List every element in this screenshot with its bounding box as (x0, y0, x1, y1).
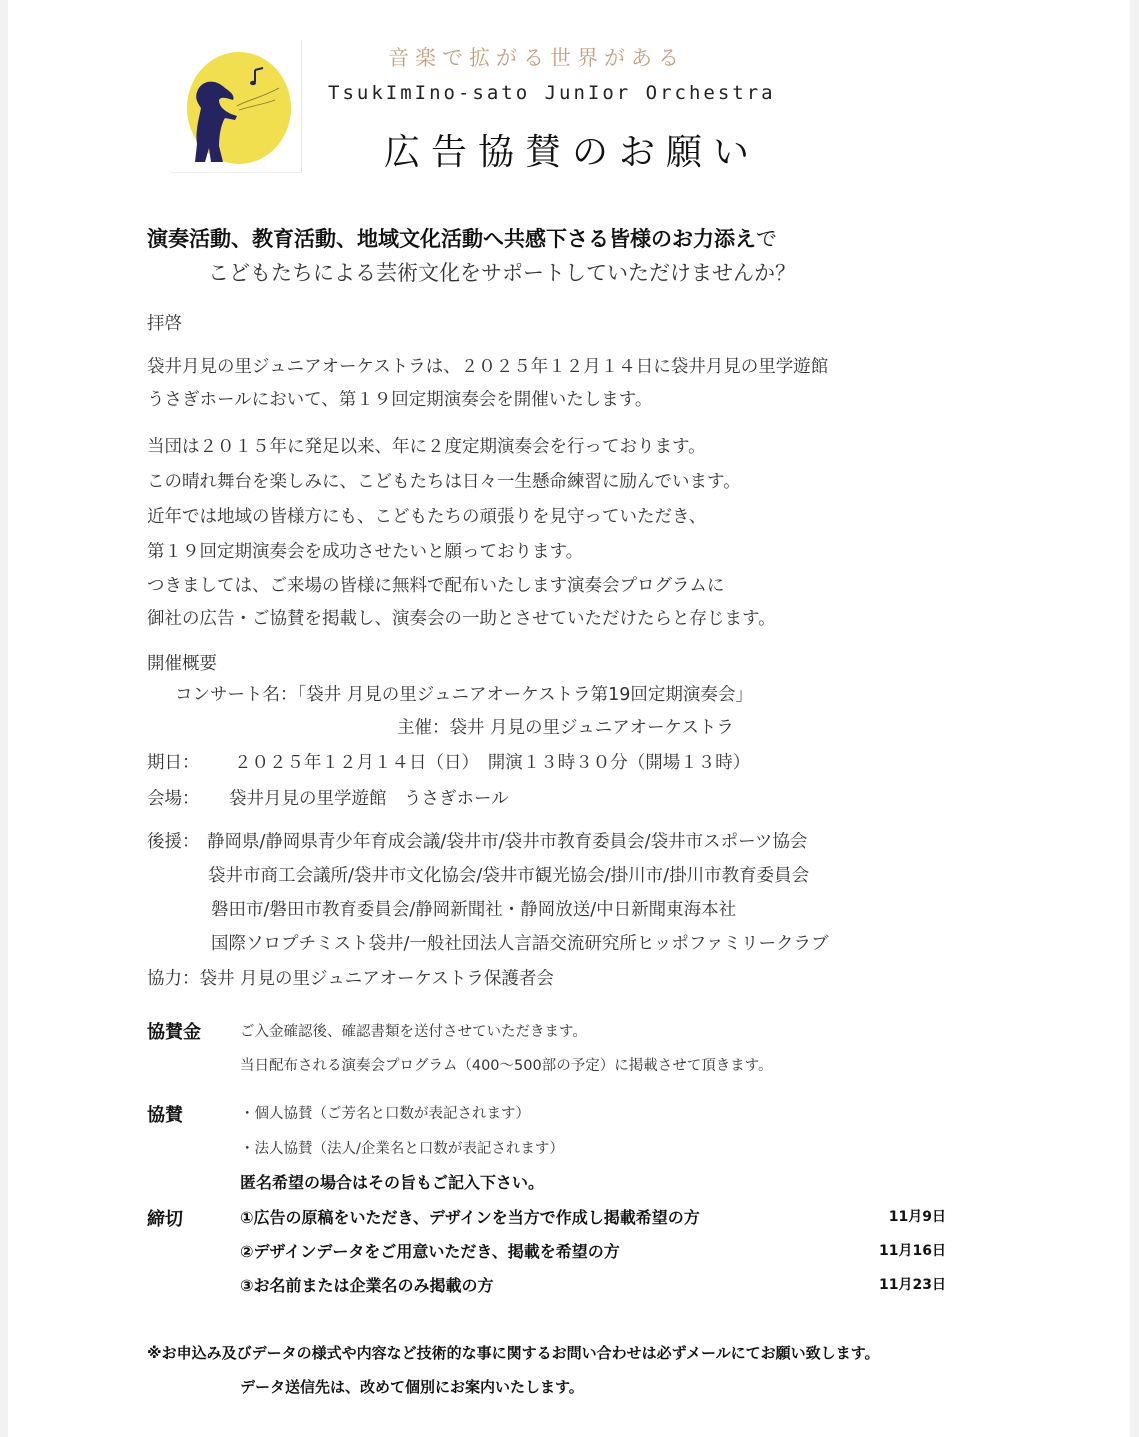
moon-rabbit-conductor-icon (175, 44, 295, 168)
concert-name: コンサート名：「袋井 月見の里ジュニアオーケストラ第19回定期演奏会」 (175, 681, 753, 706)
body-line: 第１９回定期演奏会を成功させたいと願っております。 (147, 538, 583, 563)
lead-line-1-bold: 演奏活動、教育活動、地域文化活動へ共感下さる皆様のお力添え (147, 227, 756, 251)
sponsorship-fee-line: 当日配布される演奏会プログラム（400〜500部の予定）に掲載させて頂きます。 (240, 1054, 773, 1075)
data-destination-note: データ送信先は、改めて個別にお案内いたします。 (240, 1376, 584, 1397)
date-value: ２０２５年１２月１４日（日） 開演１３時３０分（開場１３時） (234, 749, 750, 774)
sponsorship-fee-line: ご入金確認後、確認書類を送付させていただきます。 (240, 1020, 587, 1041)
cooperation: 協力：袋井 月見の里ジュニアオーケストラ保護者会 (147, 965, 554, 990)
support-line: 磐田市/磐田市教育委員会/静岡新聞社・静岡放送/中日新聞東海本社 (211, 896, 736, 921)
deadline-item: ②デザインデータをご用意いただき、掲載を希望の方 (240, 1239, 620, 1262)
support-label: 後援： (147, 828, 200, 853)
date-label: 期日： (147, 749, 200, 774)
support-line: 国際ソロプチミスト袋井/一般社団法人言語交流研究所ヒッポファミリークラブ (211, 930, 829, 955)
lead-line-2: こどもたちによる芸術文化をサポートしていただけませんか？ (208, 257, 796, 287)
intro-line: うさぎホールにおいて、第１９回定期演奏会を開催いたします。 (147, 386, 652, 411)
orchestra-name: TsukImIno-sato JunIor Orchestra (328, 82, 776, 104)
document-page: 音楽で拡がる世界がある TsukImIno-sato JunIor Orches… (8, 0, 1130, 1437)
deadline-date: 11月23日 (866, 1274, 946, 1294)
body-line: この晴れ舞台を楽しみに、こどもたちは日々一生懸命練習に励んでいます。 (147, 468, 741, 493)
body-line: 御社の広告・ご協賛を掲載し、演奏会の一助とさせていただけたらと存じます。 (147, 605, 776, 630)
document-title: 広告協賛のお願い (384, 124, 760, 175)
organizer: 主催：袋井 月見の里ジュニアオーケストラ (397, 714, 734, 739)
inquiry-notice: ※お申込み及びデータの様式や内容など技術的な事に関するお問い合わせは必ずメールに… (147, 1342, 880, 1363)
greeting: 拝啓 (147, 310, 182, 335)
deadline-label: 締切 (147, 1205, 183, 1231)
body-line: つきましては、ご来場の皆様に無料で配布いたします演奏会プログラムに (147, 572, 724, 597)
deadline-date: 11月9日 (866, 1206, 946, 1226)
sponsorship-item: ・個人協賛（ご芳名と口数が表記されます） (240, 1102, 530, 1123)
lead-line-1: 演奏活動、教育活動、地域文化活動へ共感下さる皆様のお力添えで (147, 223, 777, 253)
venue-label: 会場： (147, 785, 200, 810)
deadline-item: ③お名前または企業名のみ掲載の方 (240, 1273, 494, 1296)
lead-line-1-tail: で (756, 227, 777, 251)
body-line: 近年では地域の皆様方にも、こどもたちの頑張りを見守っていただき、 (147, 503, 706, 528)
intro-line: 袋井月見の里ジュニアオーケストラは、２０２５年１２月１４日に袋井月見の里学遊館 (147, 353, 828, 378)
anonymous-note: 匿名希望の場合はその旨もご記入下さい。 (240, 1170, 544, 1193)
deadline-date: 11月16日 (866, 1240, 946, 1260)
tagline: 音楽で拡がる世界がある (388, 42, 685, 72)
sponsorship-fee-label: 協賛金 (147, 1018, 201, 1044)
support-line: 袋井市商工会議所/袋井市文化協会/袋井市観光協会/掛川市/掛川市教育委員会 (208, 862, 809, 887)
venue-value: 袋井月見の里学遊館 うさぎホール (229, 785, 509, 810)
overview-heading: 開催概要 (147, 650, 217, 675)
deadline-item: ①広告の原稿をいただき、デザインを当方で作成し掲載希望の方 (240, 1205, 700, 1228)
support-line: 静岡県/静岡県青少年育成会議/袋井市/袋井市教育委員会/袋井市スポーツ協会 (207, 828, 807, 853)
sponsorship-label: 協賛 (147, 1101, 183, 1127)
orchestra-logo (171, 40, 302, 173)
sponsorship-item: ・法人協賛（法人/企業名と口数が表記されます） (240, 1137, 564, 1158)
body-line: 当団は２０１５年に発足以来、年に２度定期演奏会を行っております。 (147, 433, 706, 458)
